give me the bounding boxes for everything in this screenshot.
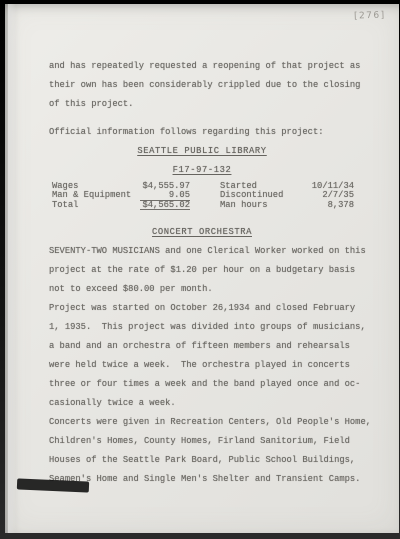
paragraph-concert-locations: Concerts were given in Recreation Center… (49, 413, 385, 489)
heading-seattle-public-library: SEATTLE PUBLIC LIBRARY (5, 142, 399, 161)
paragraph-intro: and has repeatedly requested a reopening… (49, 4, 385, 114)
table-column-gap (190, 191, 220, 201)
heading-orchestra-text: CONCERT ORCHESTRA (152, 227, 252, 237)
scanned-document-photo: [276] and has repeatedly requested a reo… (0, 0, 400, 539)
heading-library-text: SEATTLE PUBLIC LIBRARY (137, 146, 266, 156)
paragraph-project-details: Project was started on October 26,1934 a… (49, 299, 385, 413)
project-stats-table: Wages $4,555.97 Started 10/11/34 Man & E… (52, 182, 399, 210)
table-column-gap (190, 182, 220, 191)
stat-label-man-hours: Man hours (220, 201, 310, 211)
page-number-annotation: [276] (354, 10, 386, 21)
heading-project-number: F17-97-132 (5, 161, 399, 180)
stat-value-man-hours: 8,378 (310, 201, 354, 211)
table-row: Total $4,565.02 Man hours 8,378 (52, 201, 399, 211)
stat-value-total: $4,565.02 (140, 201, 190, 211)
stat-label-total: Total (52, 201, 140, 211)
paragraph-official-info: Official information follows regarding t… (49, 123, 385, 142)
paper-page: [276] and has repeatedly requested a reo… (5, 4, 399, 533)
table-column-gap (190, 201, 220, 211)
heading-concert-orchestra: CONCERT ORCHESTRA (5, 223, 399, 242)
page-curl-shadow (17, 478, 89, 492)
project-number-text: F17-97-132 (173, 165, 232, 175)
paragraph-musicians: SEVENTY-TWO MUSICIANS and one Clerical W… (49, 242, 385, 299)
